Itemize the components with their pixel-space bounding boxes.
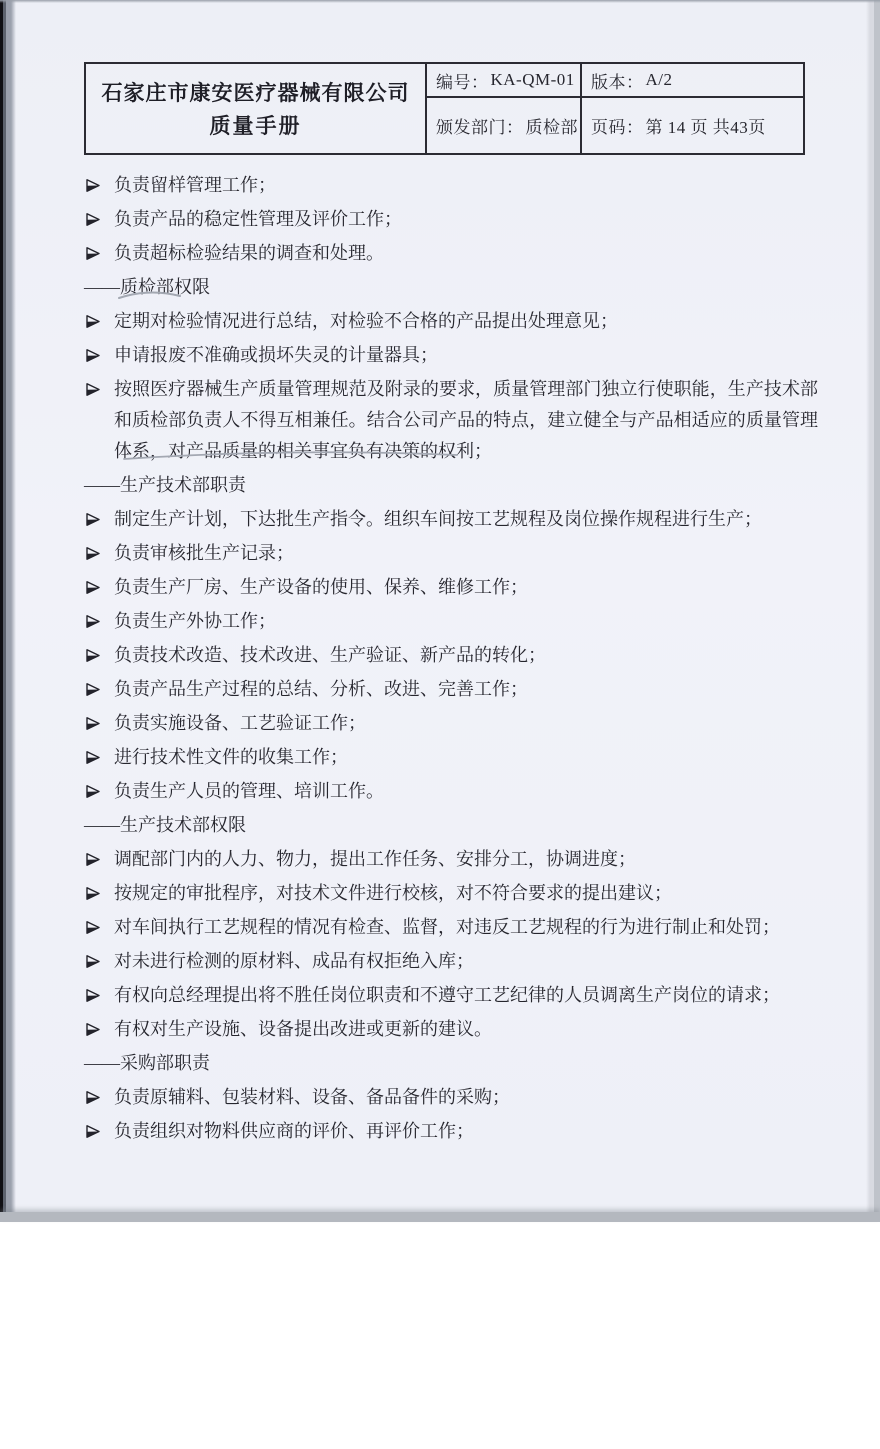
list-item: 负责实施设备、工艺验证工作； bbox=[84, 708, 818, 739]
company-title-cell: 石家庄市康安医疗器械有限公司 质量手册 bbox=[86, 64, 427, 153]
item-text: 按规定的审批程序，对技术文件进行校核，对不符合要求的提出建议； bbox=[114, 883, 672, 903]
item-text: 负责生产外协工作； bbox=[114, 611, 276, 631]
scanner-edge-left bbox=[0, 0, 16, 1214]
company-name: 石家庄市康安医疗器械有限公司 bbox=[102, 77, 410, 107]
item-text: 负责实施设备、工艺验证工作； bbox=[114, 713, 366, 733]
arrowhead-bullet-icon bbox=[86, 853, 100, 866]
document-title: 质量手册 bbox=[210, 110, 302, 140]
list-item: 负责组织对物料供应商的评价、再评价工作； bbox=[84, 1116, 818, 1147]
item-text: 负责生产人员的管理、培训工作。 bbox=[114, 781, 384, 801]
version-label: 版本： bbox=[591, 68, 644, 93]
scanner-edge-right bbox=[866, 0, 880, 1214]
item-text: ——生产技术部职责 bbox=[84, 475, 246, 495]
list-item: 负责审核批生产记录； bbox=[84, 538, 818, 569]
list-item: 负责生产人员的管理、培训工作。 bbox=[84, 776, 818, 807]
page-canvas: 石家庄市康安医疗器械有限公司 质量手册 编号：KA-QM-01 版本：A/2 颁… bbox=[0, 0, 880, 1449]
issuing-dept-label: 颁发部门： bbox=[436, 113, 524, 138]
arrowhead-bullet-icon bbox=[86, 785, 100, 798]
arrowhead-bullet-icon bbox=[86, 315, 100, 328]
arrowhead-bullet-icon bbox=[86, 513, 100, 526]
list-item: 负责产品的稳定性管理及评价工作； bbox=[84, 204, 818, 235]
item-text: 负责组织对物料供应商的评价、再评价工作； bbox=[114, 1121, 474, 1141]
item-text: 负责生产厂房、生产设备的使用、保养、维修工作； bbox=[114, 577, 528, 597]
section-heading: ——生产技术部权限 bbox=[84, 810, 818, 841]
item-text: 定期对检验情况进行总结，对检验不合格的产品提出处理意见； bbox=[114, 311, 618, 331]
section-heading: ——生产技术部职责 bbox=[84, 470, 818, 501]
item-text: 调配部门内的人力、物力，提出工作任务、安排分工，协调进度； bbox=[114, 849, 636, 869]
arrowhead-bullet-icon bbox=[86, 751, 100, 764]
scanner-edge-bottom bbox=[0, 1212, 880, 1222]
list-item: 负责超标检验结果的调查和处理。 bbox=[84, 238, 818, 269]
list-item: 有权向总经理提出将不胜任岗位职责和不遵守工艺纪律的人员调离生产岗位的请求； bbox=[84, 980, 818, 1011]
list-item: 有权对生产设施、设备提出改进或更新的建议。 bbox=[84, 1014, 818, 1045]
list-item: 负责技术改造、技术改进、生产验证、新产品的转化； bbox=[84, 640, 818, 671]
section-heading: ——质检部权限 bbox=[84, 272, 818, 303]
list-item: 对车间执行工艺规程的情况有检查、监督，对违反工艺规程的行为进行制止和处罚； bbox=[84, 912, 818, 943]
list-item: 制定生产计划，下达批生产指令。组织车间按工艺规程及岗位操作规程进行生产； bbox=[84, 504, 818, 535]
doc-number-label: 编号： bbox=[436, 68, 489, 93]
list-item: 按照医疗器械生产质量管理规范及附录的要求，质量管理部门独立行使职能，生产技术部和… bbox=[84, 374, 818, 467]
version-value: A/2 bbox=[646, 70, 673, 90]
arrowhead-bullet-icon bbox=[86, 717, 100, 730]
item-text: ——采购部职责 bbox=[84, 1053, 210, 1073]
arrowhead-bullet-icon bbox=[86, 921, 100, 934]
list-item: 负责生产外协工作； bbox=[84, 606, 818, 637]
arrowhead-bullet-icon bbox=[86, 581, 100, 594]
item-text: 负责留样管理工作； bbox=[114, 175, 276, 195]
page-number-cell: 页码：第 14 页 共43页 bbox=[582, 98, 803, 153]
list-item: 申请报废不准确或损坏失灵的计量器具； bbox=[84, 340, 818, 371]
list-item: 进行技术性文件的收集工作； bbox=[84, 742, 818, 773]
arrowhead-bullet-icon bbox=[86, 887, 100, 900]
item-text: 进行技术性文件的收集工作； bbox=[114, 747, 348, 767]
list-item: 定期对检验情况进行总结，对检验不合格的产品提出处理意见； bbox=[84, 306, 818, 337]
item-text: 负责超标检验结果的调查和处理。 bbox=[114, 243, 384, 263]
doc-number-value: KA-QM-01 bbox=[491, 70, 575, 90]
item-text: 对车间执行工艺规程的情况有检查、监督，对违反工艺规程的行为进行制止和处罚； bbox=[114, 917, 780, 937]
arrowhead-bullet-icon bbox=[86, 683, 100, 696]
arrowhead-bullet-icon bbox=[86, 213, 100, 226]
item-text: 有权对生产设施、设备提出改进或更新的建议。 bbox=[114, 1019, 492, 1039]
item-text: 负责技术改造、技术改进、生产验证、新产品的转化； bbox=[114, 645, 546, 665]
page-number-value: 第 14 页 共43页 bbox=[646, 113, 766, 138]
arrowhead-bullet-icon bbox=[86, 1091, 100, 1104]
arrowhead-bullet-icon bbox=[86, 615, 100, 628]
item-text: ——生产技术部权限 bbox=[84, 815, 246, 835]
document-header-table: 石家庄市康安医疗器械有限公司 质量手册 编号：KA-QM-01 版本：A/2 颁… bbox=[84, 62, 805, 155]
page-number-label: 页码： bbox=[591, 113, 644, 138]
issuing-dept-value: 质检部 bbox=[526, 113, 579, 138]
arrowhead-bullet-icon bbox=[86, 547, 100, 560]
arrowhead-bullet-icon bbox=[86, 1023, 100, 1036]
arrowhead-bullet-icon bbox=[86, 383, 100, 396]
list-item: 负责生产厂房、生产设备的使用、保养、维修工作； bbox=[84, 572, 818, 603]
item-text: 负责产品的稳定性管理及评价工作； bbox=[114, 209, 402, 229]
scanned-page: 石家庄市康安医疗器械有限公司 质量手册 编号：KA-QM-01 版本：A/2 颁… bbox=[0, 0, 880, 1222]
list-item: 负责产品生产过程的总结、分析、改进、完善工作； bbox=[84, 674, 818, 705]
arrowhead-bullet-icon bbox=[86, 247, 100, 260]
item-text: 有权向总经理提出将不胜任岗位职责和不遵守工艺纪律的人员调离生产岗位的请求； bbox=[114, 985, 780, 1005]
list-item: 调配部门内的人力、物力，提出工作任务、安排分工，协调进度； bbox=[84, 844, 818, 875]
list-item: 对未进行检测的原材料、成品有权拒绝入库； bbox=[84, 946, 818, 977]
document-body: 负责留样管理工作；负责产品的稳定性管理及评价工作；负责超标检验结果的调查和处理。… bbox=[84, 170, 818, 1150]
arrowhead-bullet-icon bbox=[86, 349, 100, 362]
list-item: 负责留样管理工作； bbox=[84, 170, 818, 201]
arrowhead-bullet-icon bbox=[86, 649, 100, 662]
item-text: 制定生产计划，下达批生产指令。组织车间按工艺规程及岗位操作规程进行生产； bbox=[114, 509, 762, 529]
item-text: 负责审核批生产记录； bbox=[114, 543, 294, 563]
item-text: 申请报废不准确或损坏失灵的计量器具； bbox=[114, 345, 438, 365]
item-text: 按照医疗器械生产质量管理规范及附录的要求，质量管理部门独立行使职能，生产技术部和… bbox=[114, 379, 818, 461]
doc-number-cell: 编号：KA-QM-01 bbox=[427, 64, 582, 98]
version-cell: 版本：A/2 bbox=[582, 64, 803, 98]
item-text: 负责产品生产过程的总结、分析、改进、完善工作； bbox=[114, 679, 528, 699]
list-item: 按规定的审批程序，对技术文件进行校核，对不符合要求的提出建议； bbox=[84, 878, 818, 909]
arrowhead-bullet-icon bbox=[86, 955, 100, 968]
item-text: 对未进行检测的原材料、成品有权拒绝入库； bbox=[114, 951, 474, 971]
arrowhead-bullet-icon bbox=[86, 179, 100, 192]
item-text: ——质检部权限 bbox=[84, 277, 210, 297]
arrowhead-bullet-icon bbox=[86, 1125, 100, 1138]
list-item: 负责原辅料、包装材料、设备、备品备件的采购； bbox=[84, 1082, 818, 1113]
item-text: 负责原辅料、包装材料、设备、备品备件的采购； bbox=[114, 1087, 510, 1107]
arrowhead-bullet-icon bbox=[86, 989, 100, 1002]
section-heading: ——采购部职责 bbox=[84, 1048, 818, 1079]
scanner-edge-top bbox=[0, 0, 880, 3]
issuing-dept-cell: 颁发部门：质检部 bbox=[427, 98, 582, 153]
